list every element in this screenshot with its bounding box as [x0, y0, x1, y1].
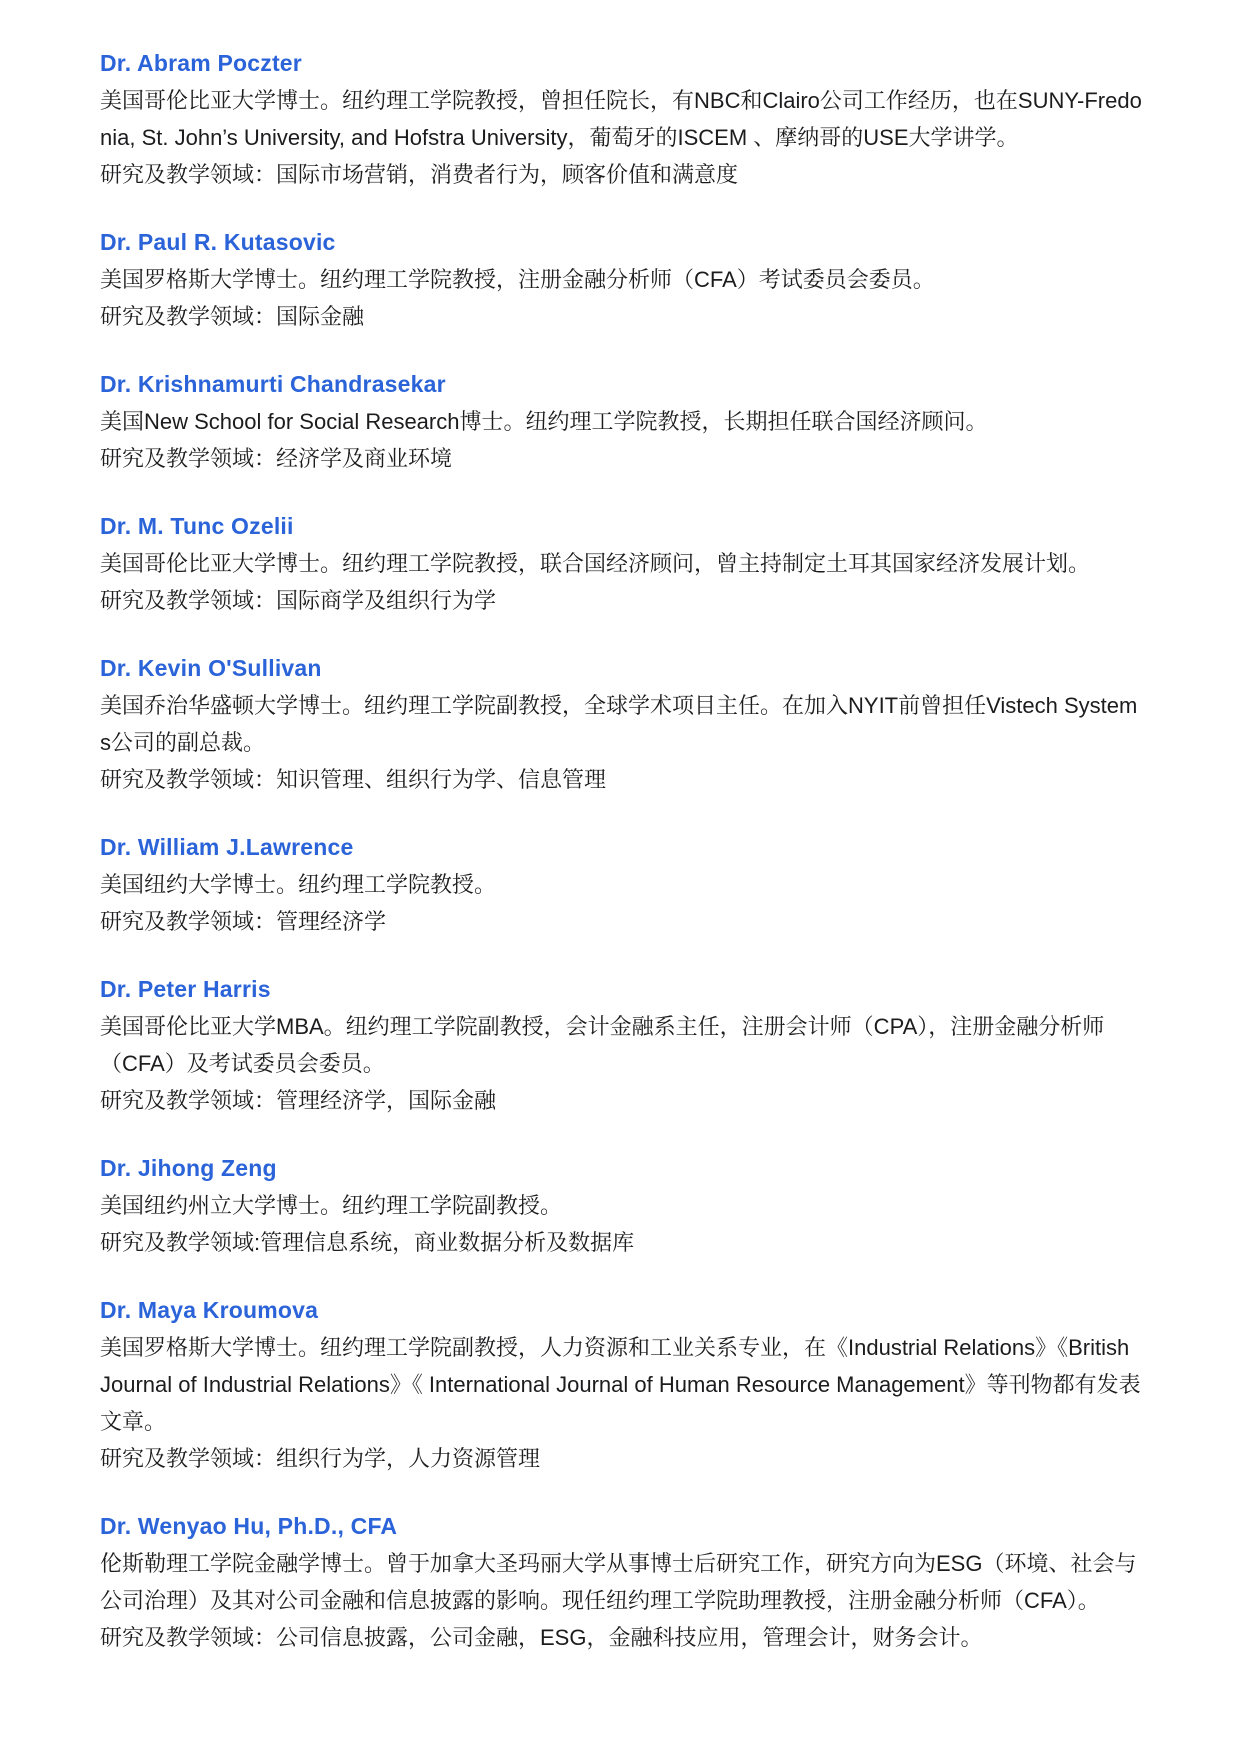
faculty-research: 研究及教学领域：公司信息披露，公司金融，ESG，金融科技应用，管理会计，财务会计…	[100, 1619, 1142, 1656]
faculty-research: 研究及教学领域：管理经济学	[100, 903, 1142, 940]
faculty-bio: 美国乔治华盛顿大学博士。纽约理工学院副教授，全球学术项目主任。在加入NYIT前曾…	[100, 687, 1142, 761]
faculty-entry: Dr. Jihong Zeng 美国纽约州立大学博士。纽约理工学院副教授。 研究…	[100, 1149, 1142, 1261]
faculty-bio: 伦斯勒理工学院金融学博士。曾于加拿大圣玛丽大学从事博士后研究工作，研究方向为ES…	[100, 1545, 1142, 1619]
faculty-entry: Dr. William J.Lawrence 美国纽约大学博士。纽约理工学院教授…	[100, 828, 1142, 940]
faculty-name: Dr. William J.Lawrence	[100, 828, 1142, 866]
faculty-name: Dr. Abram Poczter	[100, 44, 1142, 82]
faculty-name: Dr. Wenyao Hu, Ph.D., CFA	[100, 1507, 1142, 1545]
faculty-bio-document: Dr. Abram Poczter 美国哥伦比亚大学博士。纽约理工学院教授，曾担…	[0, 0, 1240, 1753]
faculty-entry: Dr. Krishnamurti Chandrasekar 美国New Scho…	[100, 365, 1142, 477]
faculty-name: Dr. Jihong Zeng	[100, 1149, 1142, 1187]
faculty-name: Dr. Krishnamurti Chandrasekar	[100, 365, 1142, 403]
faculty-bio: 美国哥伦比亚大学MBA。纽约理工学院副教授，会计金融系主任，注册会计师（CPA）…	[100, 1008, 1142, 1082]
faculty-bio: 美国哥伦比亚大学博士。纽约理工学院教授，曾担任院长，有NBC和Clairo公司工…	[100, 82, 1142, 156]
faculty-entry: Dr. Wenyao Hu, Ph.D., CFA 伦斯勒理工学院金融学博士。曾…	[100, 1507, 1142, 1656]
faculty-research: 研究及教学领域：组织行为学，人力资源管理	[100, 1440, 1142, 1477]
faculty-research: 研究及教学领域：国际市场营销，消费者行为，顾客价值和满意度	[100, 156, 1142, 193]
faculty-research: 研究及教学领域：国际商学及组织行为学	[100, 582, 1142, 619]
faculty-bio: 美国纽约州立大学博士。纽约理工学院副教授。	[100, 1187, 1142, 1224]
faculty-entry: Dr. Kevin O'Sullivan 美国乔治华盛顿大学博士。纽约理工学院副…	[100, 649, 1142, 798]
faculty-bio: 美国罗格斯大学博士。纽约理工学院副教授，人力资源和工业关系专业，在《Indust…	[100, 1329, 1142, 1440]
faculty-research: 研究及教学领域：管理经济学，国际金融	[100, 1082, 1142, 1119]
faculty-bio: 美国哥伦比亚大学博士。纽约理工学院教授，联合国经济顾问，曾主持制定土耳其国家经济…	[100, 545, 1142, 582]
faculty-entry: Dr. Paul R. Kutasovic 美国罗格斯大学博士。纽约理工学院教授…	[100, 223, 1142, 335]
faculty-research: 研究及教学领域:管理信息系统，商业数据分析及数据库	[100, 1224, 1142, 1261]
faculty-research: 研究及教学领域：国际金融	[100, 298, 1142, 335]
faculty-name: Dr. Maya Kroumova	[100, 1291, 1142, 1329]
faculty-entry: Dr. M. Tunc Ozelii 美国哥伦比亚大学博士。纽约理工学院教授，联…	[100, 507, 1142, 619]
faculty-research: 研究及教学领域：经济学及商业环境	[100, 440, 1142, 477]
faculty-research: 研究及教学领域：知识管理、组织行为学、信息管理	[100, 761, 1142, 798]
faculty-name: Dr. M. Tunc Ozelii	[100, 507, 1142, 545]
faculty-entry: Dr. Maya Kroumova 美国罗格斯大学博士。纽约理工学院副教授，人力…	[100, 1291, 1142, 1477]
faculty-bio: 美国罗格斯大学博士。纽约理工学院教授，注册金融分析师（CFA）考试委员会委员。	[100, 261, 1142, 298]
faculty-name: Dr. Peter Harris	[100, 970, 1142, 1008]
faculty-name: Dr. Kevin O'Sullivan	[100, 649, 1142, 687]
faculty-bio: 美国纽约大学博士。纽约理工学院教授。	[100, 866, 1142, 903]
faculty-entry: Dr. Peter Harris 美国哥伦比亚大学MBA。纽约理工学院副教授，会…	[100, 970, 1142, 1119]
faculty-entry: Dr. Abram Poczter 美国哥伦比亚大学博士。纽约理工学院教授，曾担…	[100, 44, 1142, 193]
faculty-name: Dr. Paul R. Kutasovic	[100, 223, 1142, 261]
faculty-bio: 美国New School for Social Research博士。纽约理工学…	[100, 403, 1142, 440]
